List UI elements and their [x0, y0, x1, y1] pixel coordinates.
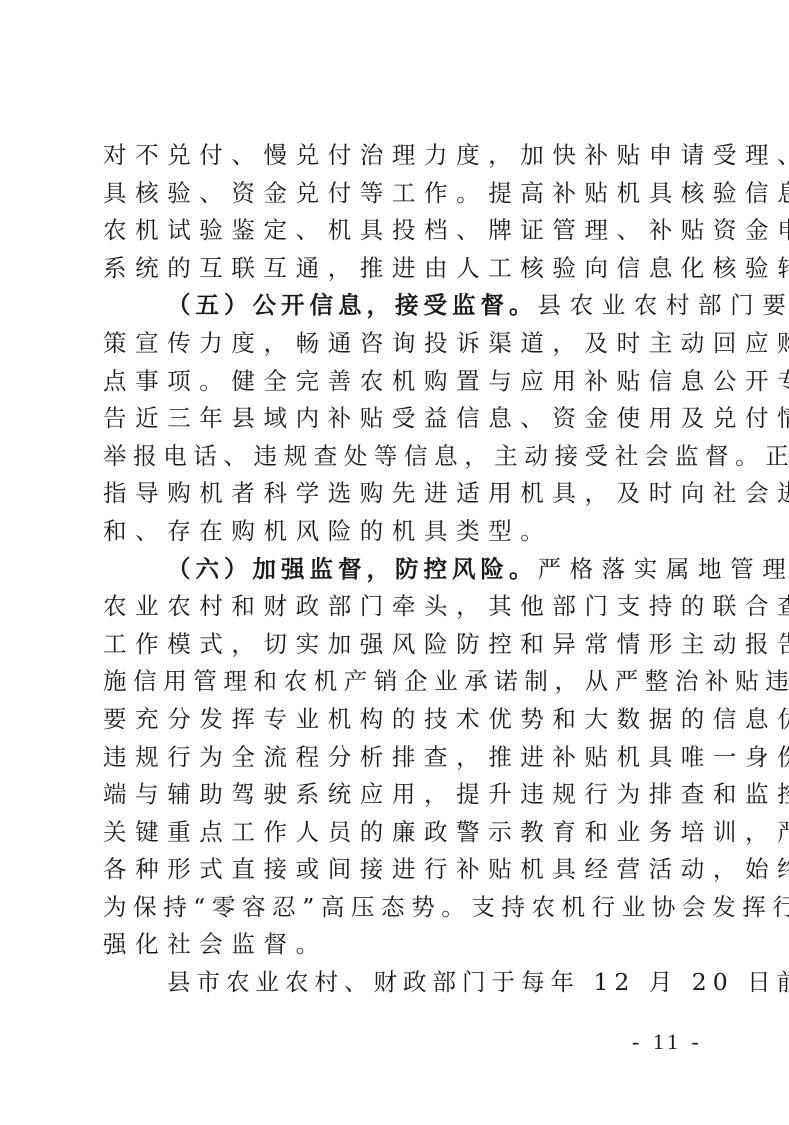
text-line: 农机试验鉴定、机具投档、牌证管理、补贴资金申领等环节信息 — [103, 212, 689, 250]
text-line: 点事项。健全完善农机购置与应用补贴信息公开专栏，按年度公 — [103, 363, 689, 401]
text-line: 指导购机者科学选购先进适用机具，及时向社会进行预警已饱 — [103, 475, 689, 513]
text-span: 县农业农村部门要加大补贴政 — [538, 291, 789, 319]
section-heading: （六）加强监督，防控风险。 — [167, 555, 538, 583]
text-line: 施信用管理和农机产销企业承诺制，从严整治补贴违法违规行为。 — [103, 663, 689, 701]
body-text: 对不兑付、慢兑付治理力度，加快补贴申请受理、资格审核、机 具核验、资金兑付等工作… — [103, 137, 689, 1002]
text-line: （六）加强监督，防控风险。严格落实属地管理责任，强化 — [103, 551, 689, 589]
text-line: 告近三年县域内补贴受益信息、资金使用及兑付情况、咨询投诉 — [103, 400, 689, 438]
text-line: 和、存在购机风险的机具类型。 — [103, 513, 689, 551]
paragraph-section-6: （六）加强监督，防控风险。严格落实属地管理责任，强化 农业农村和财政部门牵头，其… — [103, 551, 689, 965]
text-line: 为保持“零容忍”高压态势。支持农机行业协会发挥行业自律功能， — [103, 889, 689, 927]
text-line: 工作模式，切实加强风险防控和异常情形主动报告，更加严格实 — [103, 626, 689, 664]
text-line: 关键重点工作人员的廉政警示教育和业务培训，严禁有关人员以 — [103, 814, 689, 852]
text-line: 策宣传力度，畅通咨询投诉渠道，及时主动回应购机者关注的重 — [103, 325, 689, 363]
text-line: 县市农业农村、财政部门于每年 12 月 20 日前将本年度中央 — [103, 964, 689, 1002]
text-line: 农业农村和财政部门牵头，其他部门支持的联合查处和联动处理 — [103, 588, 689, 626]
text-line: 举报电话、违规查处等信息，主动接受社会监督。正确引导舆论， — [103, 438, 689, 476]
text-span: 严格落实属地管理责任，强化 — [538, 555, 789, 583]
text-line: 具核验、资金兑付等工作。提高补贴机具核验信息化水平，加快 — [103, 175, 689, 213]
text-line: 端与辅助驾驶系统应用，提升违规行为排查和监控能力。要强化 — [103, 776, 689, 814]
text-line: （五）公开信息，接受监督。县农业农村部门要加大补贴政 — [103, 287, 689, 325]
document-page: 对不兑付、慢兑付治理力度，加快补贴申请受理、资格审核、机 具核验、资金兑付等工作… — [0, 0, 789, 1125]
paragraph-section-5: （五）公开信息，接受监督。县农业农村部门要加大补贴政 策宣传力度，畅通咨询投诉渠… — [103, 287, 689, 550]
page-number: - 11 - — [632, 1029, 703, 1055]
text-line: 对不兑付、慢兑付治理力度，加快补贴申请受理、资格审核、机 — [103, 137, 689, 175]
section-heading: （五）公开信息，接受监督。 — [167, 291, 538, 319]
text-line: 要充分发挥专业机构的技术优势和大数据的信息优势，有效开展 — [103, 701, 689, 739]
paragraph-final: 县市农业农村、财政部门于每年 12 月 20 日前将本年度中央 — [103, 964, 689, 1002]
paragraph-continuation: 对不兑付、慢兑付治理力度，加快补贴申请受理、资格审核、机 具核验、资金兑付等工作… — [103, 137, 689, 287]
text-line: 各种形式直接或间接进行补贴机具经营活动，始终对违法违规行 — [103, 851, 689, 889]
text-line: 强化社会监督。 — [103, 926, 689, 964]
text-line: 违规行为全流程分析排查，推进补贴机具唯一身份识别和监测终 — [103, 739, 689, 777]
text-line: 系统的互联互通，推进由人工核验向信息化核验转变。 — [103, 250, 689, 288]
